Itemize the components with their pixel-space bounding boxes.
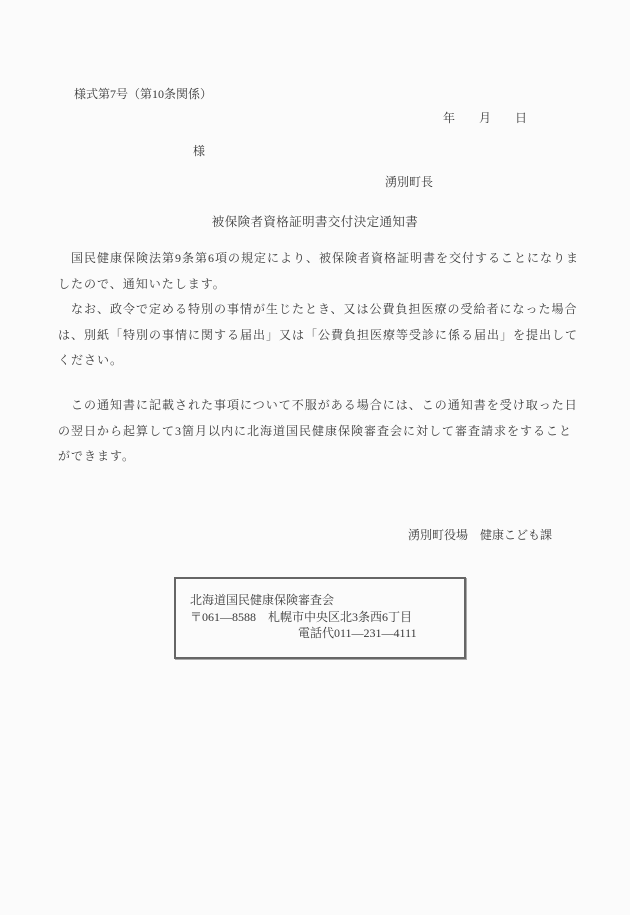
review-board-box: 北海道国民健康保険審査会 〒061―8588 札幌市中央区北3条西6丁目 電話代… [174, 577, 466, 659]
document-title: 被保険者資格証明書交付決定通知書 [0, 212, 630, 230]
review-board-phone: 電話代011―231―4111 [298, 625, 464, 642]
body-paragraph-appeal: この通知書に記載された事項について不服がある場合には、この通知書を受け取った日 … [58, 393, 606, 470]
form-number: 様式第7号（第10条関係） [74, 87, 212, 101]
document-page: 様式第7号（第10条関係） 年 月 日 様 湧別町長 被保険者資格証明書交付決定… [0, 0, 630, 915]
review-board-address: 〒061―8588 札幌市中央区北3条西6丁目 [190, 609, 464, 626]
review-board-name: 北海道国民健康保険審査会 [190, 592, 464, 609]
date-line: 年 月 日 [443, 111, 527, 125]
body-paragraph-notification: 国民健康保険法第9条第6項の規定により、被保険者資格証明書を交付することになりま… [58, 246, 606, 374]
issuing-office: 湧別町役場 健康こども課 [408, 528, 552, 542]
sender-title: 湧別町長 [385, 175, 433, 189]
addressee-suffix: 様 [193, 144, 205, 158]
